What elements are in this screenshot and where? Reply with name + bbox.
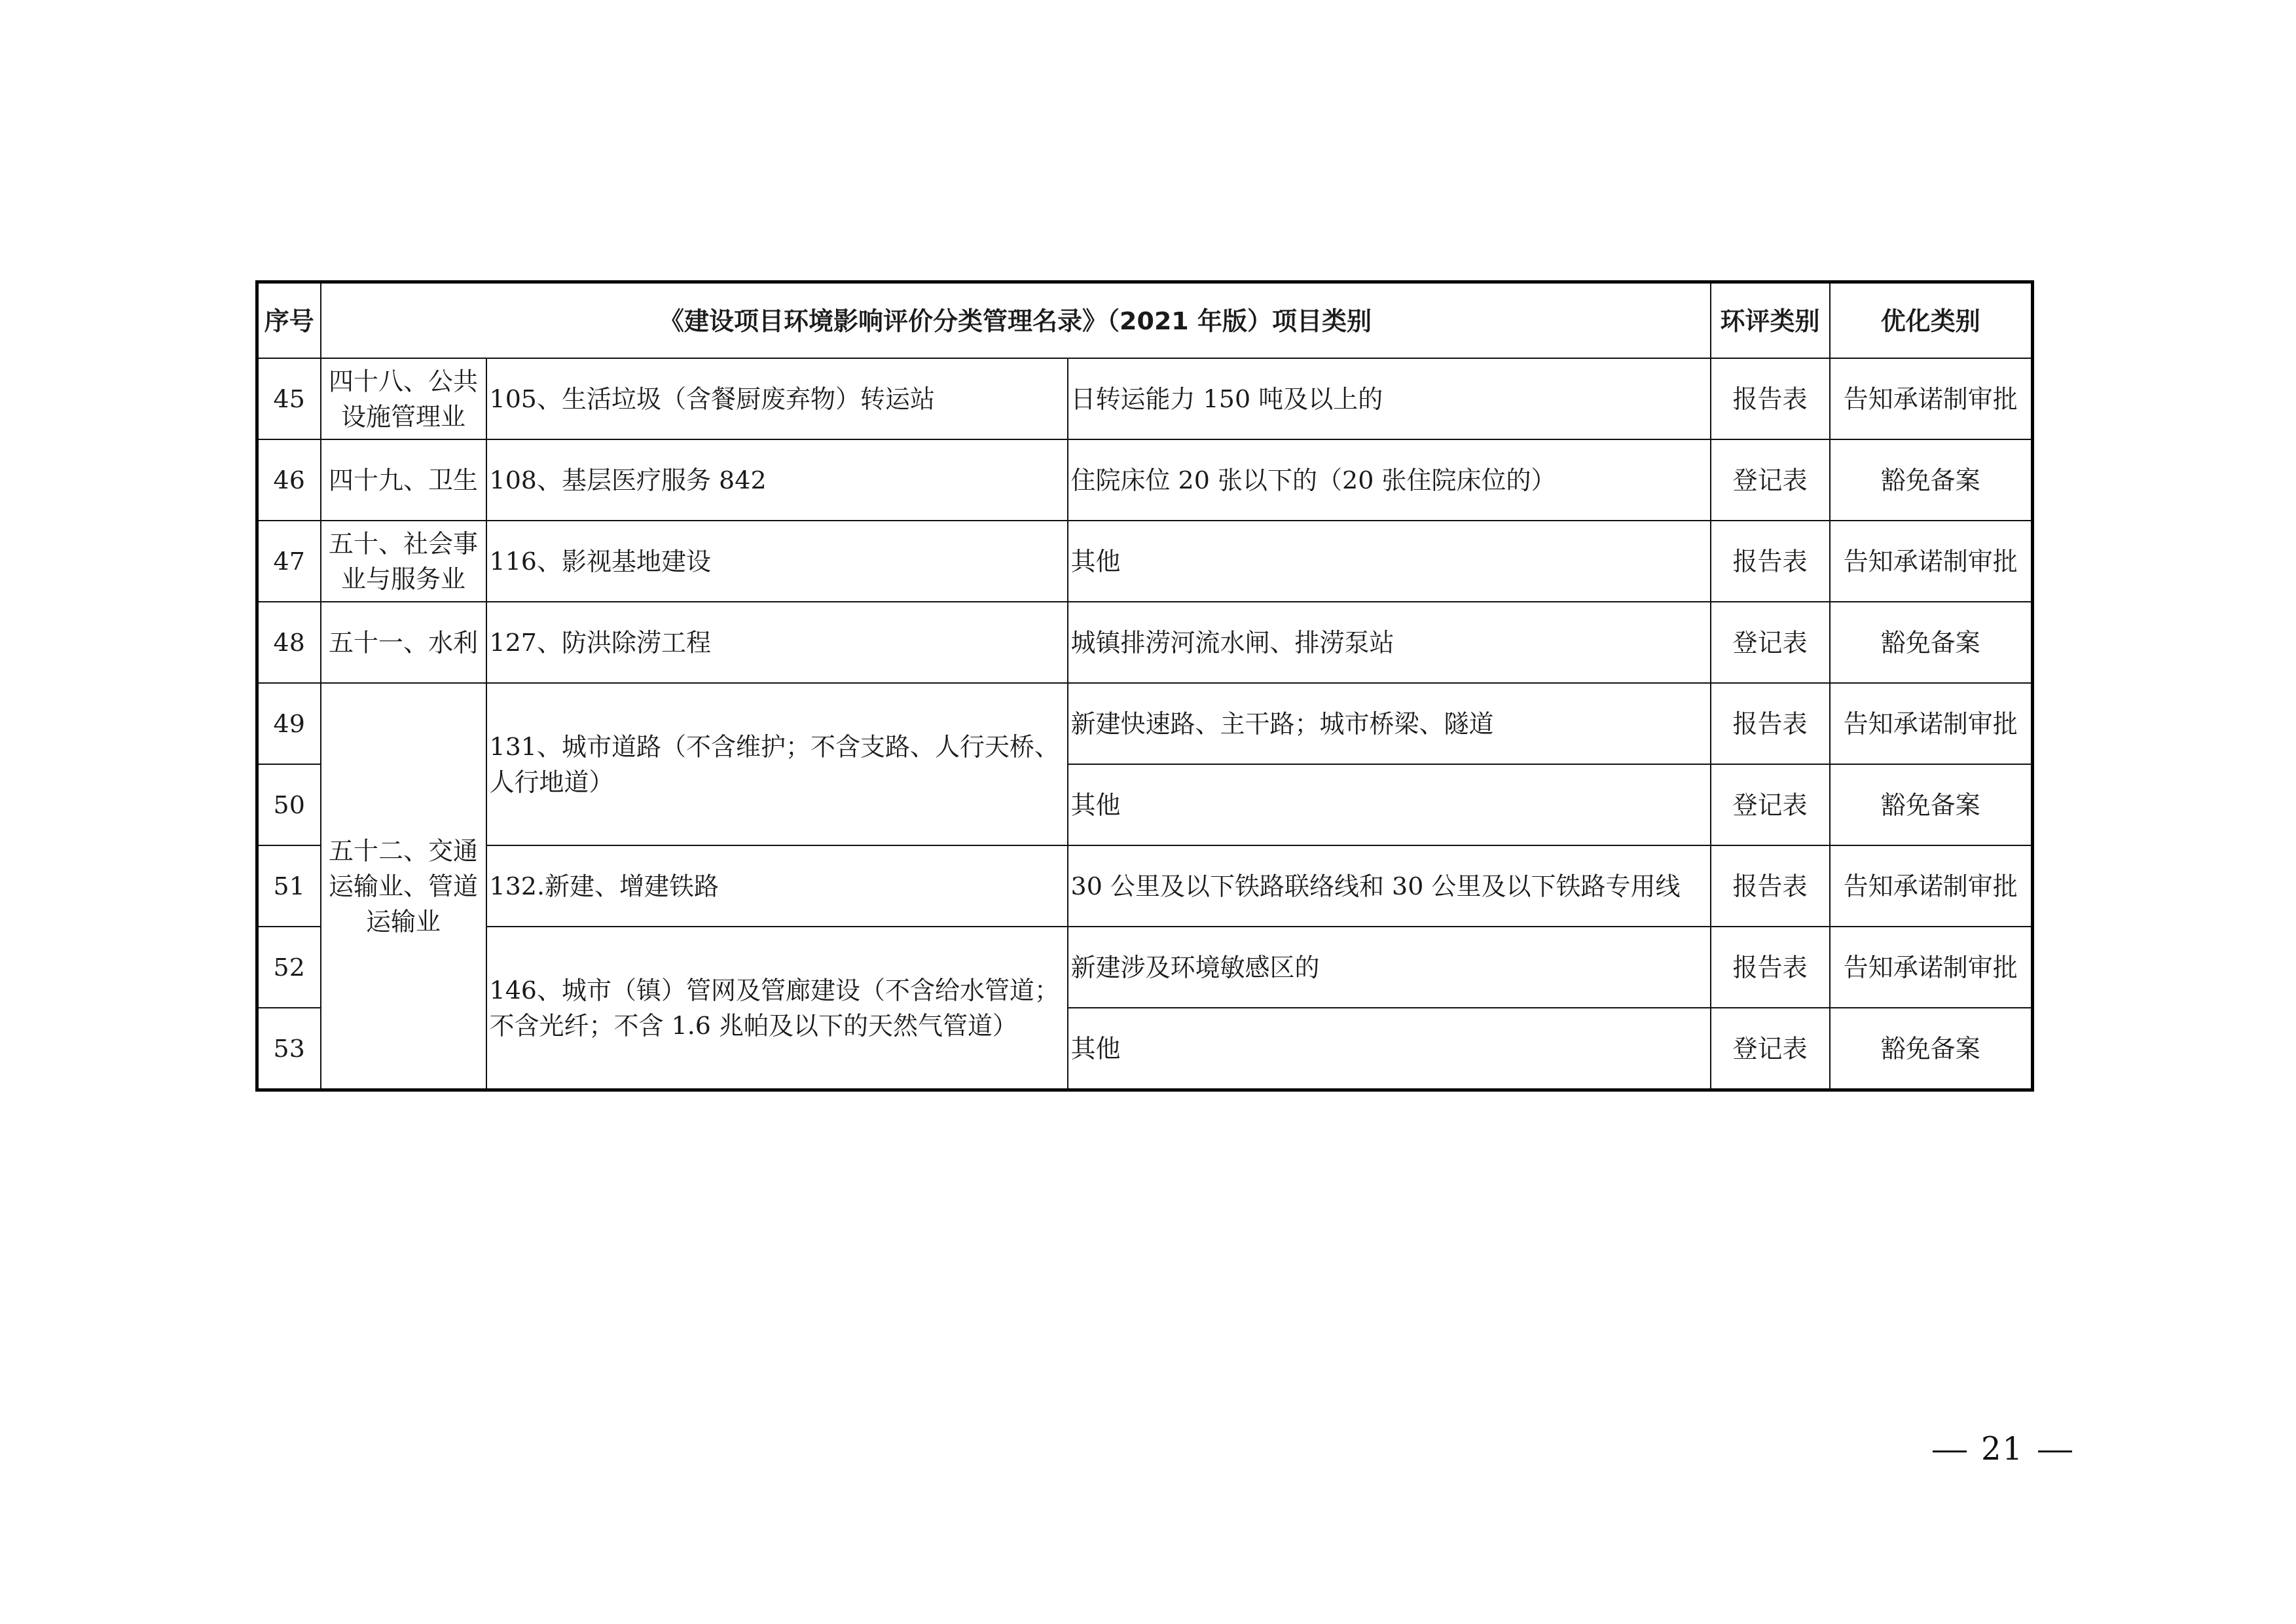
row-number: 45	[257, 358, 321, 439]
row-number: 52	[257, 927, 321, 1008]
project-item: 131、城市道路（不含维护；不含支路、人行天桥、人行地道）	[486, 683, 1068, 845]
industry-category: 四十九、卫生	[321, 439, 486, 521]
row-number: 53	[257, 1008, 321, 1090]
eia-type: 登记表	[1711, 602, 1830, 683]
industry-category: 五十、社会事业与服务业	[321, 521, 486, 602]
row-number: 46	[257, 439, 321, 521]
eia-type: 报告表	[1711, 521, 1830, 602]
table-row: 51 132.新建、增建铁路 30 公里及以下铁路联络线和 30 公里及以下铁路…	[257, 845, 2033, 927]
industry-category: 四十八、公共设施管理业	[321, 358, 486, 439]
table-row: 46 四十九、卫生 108、基层医疗服务 842 住院床位 20 张以下的（20…	[257, 439, 2033, 521]
header-optimization-type: 优化类别	[1830, 282, 2033, 359]
project-condition: 30 公里及以下铁路联络线和 30 公里及以下铁路专用线	[1068, 845, 1711, 927]
industry-category: 五十一、水利	[321, 602, 486, 683]
project-item: 146、城市（镇）管网及管廊建设（不含给水管道；不含光纤；不含 1.6 兆帕及以…	[486, 927, 1068, 1090]
row-number: 51	[257, 845, 321, 927]
eia-type: 报告表	[1711, 927, 1830, 1008]
project-condition: 其他	[1068, 1008, 1711, 1090]
project-condition: 日转运能力 150 吨及以上的	[1068, 358, 1711, 439]
table-row: 49 五十二、交通运输业、管道运输业 131、城市道路（不含维护；不含支路、人行…	[257, 683, 2033, 764]
document-page: 序号 《建设项目环境影响评价分类管理名录》（2021 年版）项目类别 环评类别 …	[0, 0, 2296, 1624]
optimization-type: 告知承诺制审批	[1830, 927, 2033, 1008]
dash-right	[2038, 1450, 2072, 1452]
optimization-type: 豁免备案	[1830, 602, 2033, 683]
optimization-type: 豁免备案	[1830, 1008, 2033, 1090]
optimization-type: 告知承诺制审批	[1830, 521, 2033, 602]
eia-type: 登记表	[1711, 1008, 1830, 1090]
eia-catalog-table: 序号 《建设项目环境影响评价分类管理名录》（2021 年版）项目类别 环评类别 …	[255, 280, 2034, 1092]
optimization-type: 告知承诺制审批	[1830, 358, 2033, 439]
project-item: 132.新建、增建铁路	[486, 845, 1068, 927]
industry-category: 五十二、交通运输业、管道运输业	[321, 683, 486, 1090]
eia-type: 登记表	[1711, 764, 1830, 845]
header-no: 序号	[257, 282, 321, 359]
eia-type: 登记表	[1711, 439, 1830, 521]
eia-type: 报告表	[1711, 845, 1830, 927]
project-condition: 其他	[1068, 764, 1711, 845]
dash-left	[1933, 1450, 1967, 1452]
row-number: 49	[257, 683, 321, 764]
row-number: 47	[257, 521, 321, 602]
optimization-type: 告知承诺制审批	[1830, 683, 2033, 764]
row-number: 50	[257, 764, 321, 845]
project-condition: 城镇排涝河流水闸、排涝泵站	[1068, 602, 1711, 683]
project-condition: 其他	[1068, 521, 1711, 602]
project-item: 127、防洪除涝工程	[486, 602, 1068, 683]
project-condition: 新建快速路、主干路；城市桥梁、隧道	[1068, 683, 1711, 764]
table-row: 52 146、城市（镇）管网及管廊建设（不含给水管道；不含光纤；不含 1.6 兆…	[257, 927, 2033, 1008]
header-category: 《建设项目环境影响评价分类管理名录》（2021 年版）项目类别	[321, 282, 1711, 359]
project-condition: 住院床位 20 张以下的（20 张住院床位的）	[1068, 439, 1711, 521]
page-number-value: 21	[1981, 1431, 2024, 1467]
eia-type: 报告表	[1711, 683, 1830, 764]
optimization-type: 豁免备案	[1830, 764, 2033, 845]
page-number: 21	[1918, 1431, 2086, 1467]
table-header-row: 序号 《建设项目环境影响评价分类管理名录》（2021 年版）项目类别 环评类别 …	[257, 282, 2033, 359]
eia-type: 报告表	[1711, 358, 1830, 439]
project-item: 116、影视基地建设	[486, 521, 1068, 602]
optimization-type: 告知承诺制审批	[1830, 845, 2033, 927]
optimization-type: 豁免备案	[1830, 439, 2033, 521]
project-condition: 新建涉及环境敏感区的	[1068, 927, 1711, 1008]
table-row: 45 四十八、公共设施管理业 105、生活垃圾（含餐厨废弃物）转运站 日转运能力…	[257, 358, 2033, 439]
table-row: 48 五十一、水利 127、防洪除涝工程 城镇排涝河流水闸、排涝泵站 登记表 豁…	[257, 602, 2033, 683]
project-item: 105、生活垃圾（含餐厨废弃物）转运站	[486, 358, 1068, 439]
row-number: 48	[257, 602, 321, 683]
project-item: 108、基层医疗服务 842	[486, 439, 1068, 521]
table-row: 47 五十、社会事业与服务业 116、影视基地建设 其他 报告表 告知承诺制审批	[257, 521, 2033, 602]
header-eia-type: 环评类别	[1711, 282, 1830, 359]
